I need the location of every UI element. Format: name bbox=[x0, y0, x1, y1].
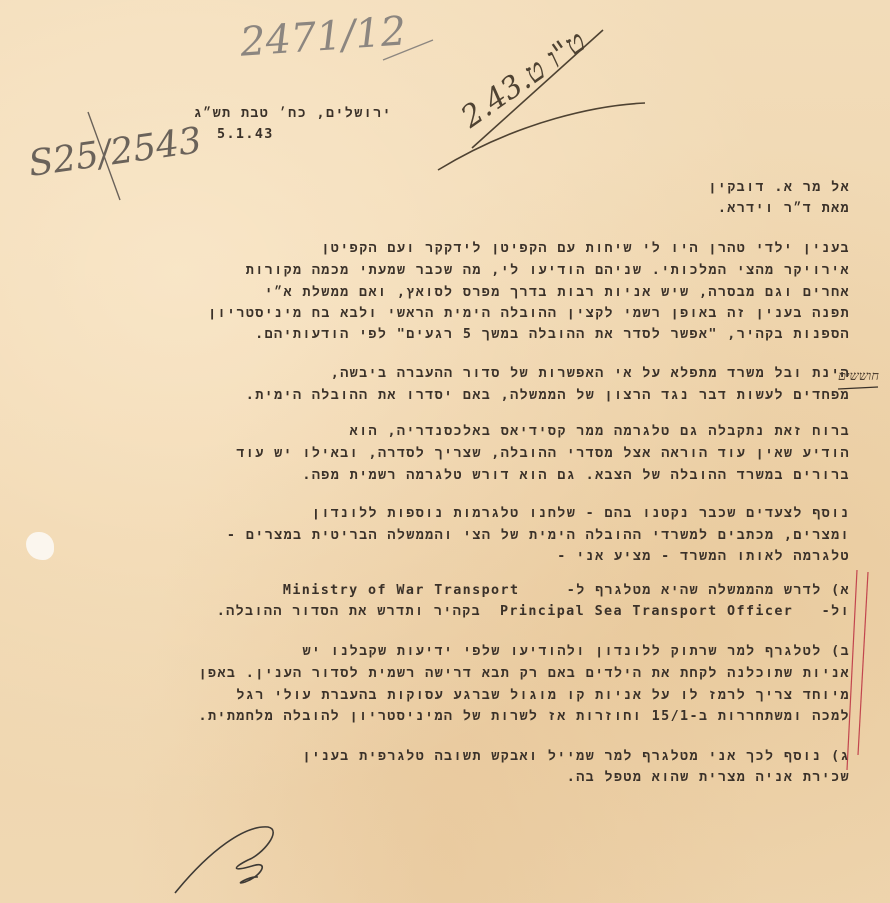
item-b-line: אניות שתוכלנה לקחת את הילדים באם רק תבא … bbox=[199, 666, 850, 682]
body-line: הינת ובל משרד מתפלא על אי האפשרות של סדו… bbox=[331, 366, 850, 382]
archive-number-left: S25/2543 bbox=[26, 120, 204, 185]
body-line: אירויקר מהצי המלכותי. שניהם הודיעו לי, מ… bbox=[246, 263, 850, 279]
date: 5.1.43 bbox=[217, 127, 274, 142]
place-date: ירושלים, כח׳ טבת תש״ג bbox=[194, 106, 392, 122]
body-line: תפנה בענין זה באופן רשמי לקצין ההובלה הי… bbox=[208, 306, 850, 322]
item-b-line: למכה ומשתחררות ב-15/1 וחוזרות אז לשרות ש… bbox=[199, 709, 850, 725]
item-b-line: ב) לטלגרף למר שרתוק ללונדון ולהודיעו שלפ… bbox=[302, 644, 850, 660]
body-line: מפחדים לעשות דבר נגד הרצון של הממשלה, בא… bbox=[246, 388, 850, 404]
body-line: הספנות בקהיר, "אפשר לסדר את ההובלה במשך … bbox=[255, 327, 850, 343]
body-line: בענין ילדי טהרן היו לי שיחות עם הקפיטן ל… bbox=[321, 241, 850, 257]
item-a-line: א) לדרש מהממשלה שהיא מטלגרף ל- Ministry … bbox=[283, 583, 850, 599]
body-line: ברוח זאת נתקבלה גם טלגרמה ממר קסידיאס בא… bbox=[350, 424, 850, 440]
body-line: נוסף לצעדים שכבר נקטנו בהם - שלחנו טלגרמ… bbox=[312, 506, 850, 522]
recipient: אל מר א. דובקין bbox=[708, 180, 850, 196]
punch-hole bbox=[26, 532, 54, 560]
body-line: אחרים וגם מבסרה, שיש אניות רבות בדרך מפר… bbox=[265, 285, 850, 301]
item-a-line: ול- Principal Sea Transport Officer בקהי… bbox=[217, 604, 850, 620]
sender: מאת ד״ר וידרא. bbox=[718, 201, 850, 217]
archive-number-top: 2471/12 bbox=[239, 8, 408, 65]
body-line: ומצרים, מכתבים למשרדי ההובלה הימית של הצ… bbox=[227, 528, 850, 544]
body-line: ברורים במשרד ההובלה של הצבא. גם הוא דורש… bbox=[302, 468, 850, 484]
handwritten-note-top-right: ט"ו ט.2.43 bbox=[455, 24, 593, 135]
body-line: הודיע שאין עוד הוראה אצל מסדרי ההובלה, ש… bbox=[236, 446, 850, 462]
item-b-line: מיוחד צריך לרמז לו על אניות קו מוגול שבר… bbox=[236, 688, 850, 704]
body-line: טלגרמה לאותו המשרד - מציע אני - bbox=[557, 549, 850, 565]
item-c-line: שכירת אניה מצרית שהוא מטפל בה. bbox=[567, 770, 850, 786]
item-c-line: ג) נוסף לכך אני מטלגרף למר שמייל ואבקש ת… bbox=[302, 749, 850, 765]
